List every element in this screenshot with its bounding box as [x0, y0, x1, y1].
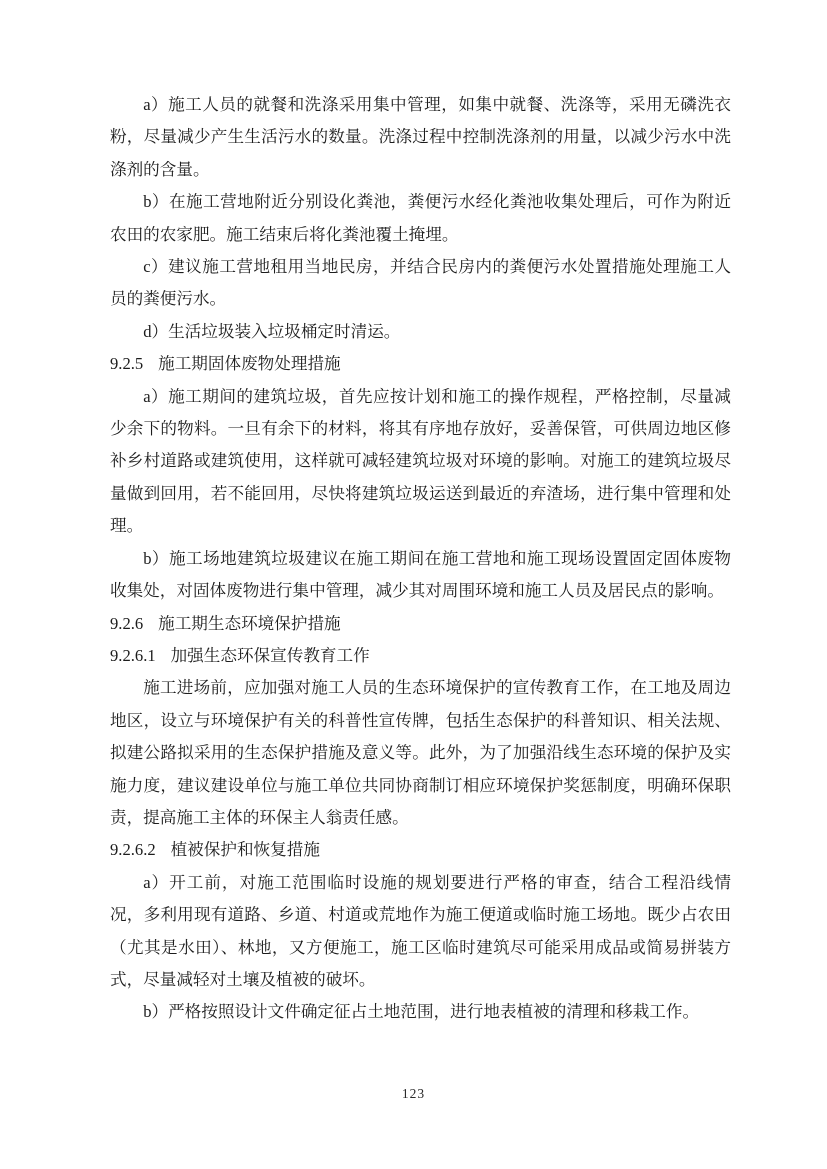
document-page: a）施工人员的就餐和洗涤采用集中管理，如集中就餐、洗涤等，采用无磷洗衣粉，尽量减… [0, 0, 827, 1169]
paragraph-solid-waste-b: b）施工场地建筑垃圾建议在施工期间在施工营地和施工现场设置固定固体废物收集处，对… [110, 543, 731, 608]
paragraph-vegetation-a: a）开工前，对施工范围临时设施的规划要进行严格的审查，结合工程沿线情况，多利用现… [110, 867, 731, 997]
paragraph-wastewater-c: c）建议施工营地租用当地民房，并结合民房内的粪便污水处置措施处理施工人员的粪便污… [110, 251, 731, 316]
section-heading-9-2-6-2: 9.2.6.2植被保护和恢复措施 [110, 834, 731, 866]
paragraph-wastewater-a: a）施工人员的就餐和洗涤采用集中管理，如集中就餐、洗涤等，采用无磷洗衣粉，尽量减… [110, 89, 731, 186]
section-number: 9.2.6 [110, 614, 143, 633]
section-heading-9-2-5: 9.2.5施工期固体废物处理措施 [110, 348, 731, 380]
page-number: 123 [0, 1086, 827, 1102]
section-heading-9-2-6-1: 9.2.6.1加强生态环保宣传教育工作 [110, 640, 731, 672]
paragraph-wastewater-b: b）在施工营地附近分别设化粪池，粪便污水经化粪池收集处理后，可作为附近农田的农家… [110, 186, 731, 251]
section-title: 加强生态环保宣传教育工作 [171, 646, 370, 665]
paragraph-vegetation-b: b）严格按照设计文件确定征占土地范围，进行地表植被的清理和移栽工作。 [110, 996, 731, 1028]
section-number: 9.2.6.1 [110, 646, 156, 665]
section-title: 施工期固体废物处理措施 [158, 354, 341, 373]
section-heading-9-2-6: 9.2.6施工期生态环境保护措施 [110, 608, 731, 640]
paragraph-eco-education: 施工进场前，应加强对施工人员的生态环境保护的宣传教育工作，在工地及周边地区，设立… [110, 672, 731, 834]
document-body: a）施工人员的就餐和洗涤采用集中管理，如集中就餐、洗涤等，采用无磷洗衣粉，尽量减… [110, 89, 731, 1029]
section-number: 9.2.6.2 [110, 840, 156, 859]
section-title: 施工期生态环境保护措施 [158, 614, 341, 633]
section-number: 9.2.5 [110, 354, 143, 373]
paragraph-wastewater-d: d）生活垃圾装入垃圾桶定时清运。 [110, 316, 731, 348]
section-title: 植被保护和恢复措施 [171, 840, 320, 859]
paragraph-solid-waste-a: a）施工期间的建筑垃圾，首先应按计划和施工的操作规程，严格控制，尽量减少余下的物… [110, 381, 731, 543]
